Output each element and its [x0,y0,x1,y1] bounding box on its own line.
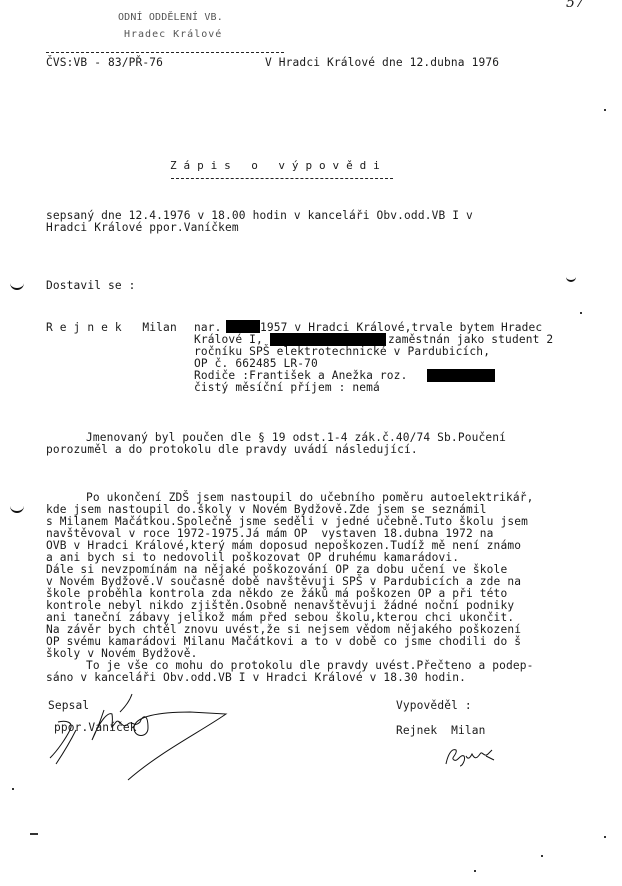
income-info: čistý měsíční příjem : nemá [194,382,380,394]
statement-line: sáno v kanceláři Obv.odd.VB I v Hradci K… [46,672,466,684]
redaction-bar [427,369,495,382]
header-divider [46,52,284,53]
scan-speck [474,870,476,872]
reference-number: ČVS:VB - 83/PŘ-76 [46,57,163,69]
intro-line-2: Hradci Králové ppor.Vaníčkem [46,222,239,234]
margin-punch-mark [10,505,24,513]
margin-punch-mark [566,274,576,282]
person-name: R e j n e k Milan [46,322,177,334]
scan-speck [12,788,14,790]
office-stamp-line1: ODNÍ ODDĚLENÍ VB. [118,12,223,24]
testified-label: Vypověděl : [396,700,472,712]
scan-speck [580,312,582,314]
scan-speck [30,833,38,835]
signature-vanicek [30,692,240,784]
place-date: V Hradci Králové dne 12.dubna 1976 [265,57,499,69]
title-underline [171,178,393,179]
scan-speck [604,836,606,838]
page-number-handwritten: 57 [566,0,584,9]
margin-punch-mark [10,282,24,290]
document-title: Z á p i s o v ý p o v ě d i [170,160,380,172]
office-stamp-line2: Hradec Králové [124,29,222,41]
appeared-label: Dostavil se : [46,280,136,292]
testified-name: Rejnek Milan [396,725,486,737]
caution-line-2: porozuměl a do protokolu dle pravdy uvád… [46,444,418,456]
scan-speck [604,109,606,111]
redaction-bar [226,320,260,333]
signature-rejnek [440,744,500,768]
scan-speck [541,855,543,857]
